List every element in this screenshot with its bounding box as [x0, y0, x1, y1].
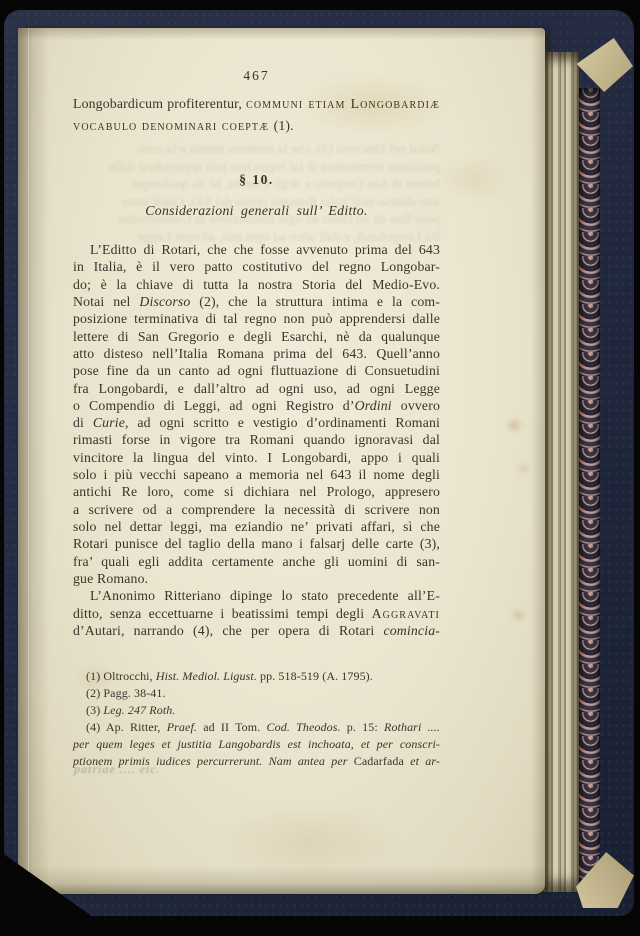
stain	[438, 156, 508, 202]
footnotes: (1) Oltrocchi, Hist. Mediol. Ligust. pp.…	[73, 668, 440, 769]
page-edges	[543, 52, 579, 892]
stain	[512, 610, 525, 620]
gutter-shadow	[18, 28, 50, 894]
stain	[506, 420, 522, 431]
body-text: L’Editto di Rotari, che che fosse avvenu…	[73, 241, 440, 639]
running-header: Longobardicum profiterentur, communi eti…	[73, 93, 440, 136]
gutter-crease	[27, 28, 30, 894]
scanned-book-photo: Notai nel Discorso (2), che la struttura…	[0, 0, 640, 936]
page-right-shade	[531, 28, 545, 894]
section-title: Considerazioni generali sull’ Editto.	[73, 203, 440, 219]
showthrough-text: patriae .... etc.	[74, 762, 374, 777]
page-bottom-shade	[18, 866, 545, 894]
stain	[518, 464, 529, 473]
book-page: Notai nel Discorso (2), che la struttura…	[18, 28, 545, 894]
marbled-endpaper	[579, 88, 600, 888]
section-number: § 10.	[73, 172, 440, 188]
page-top-shade	[18, 28, 545, 40]
page-number: 467	[73, 68, 440, 84]
showthrough-ghost-text: Notai nel Discorso (2), che la struttura…	[73, 140, 440, 246]
